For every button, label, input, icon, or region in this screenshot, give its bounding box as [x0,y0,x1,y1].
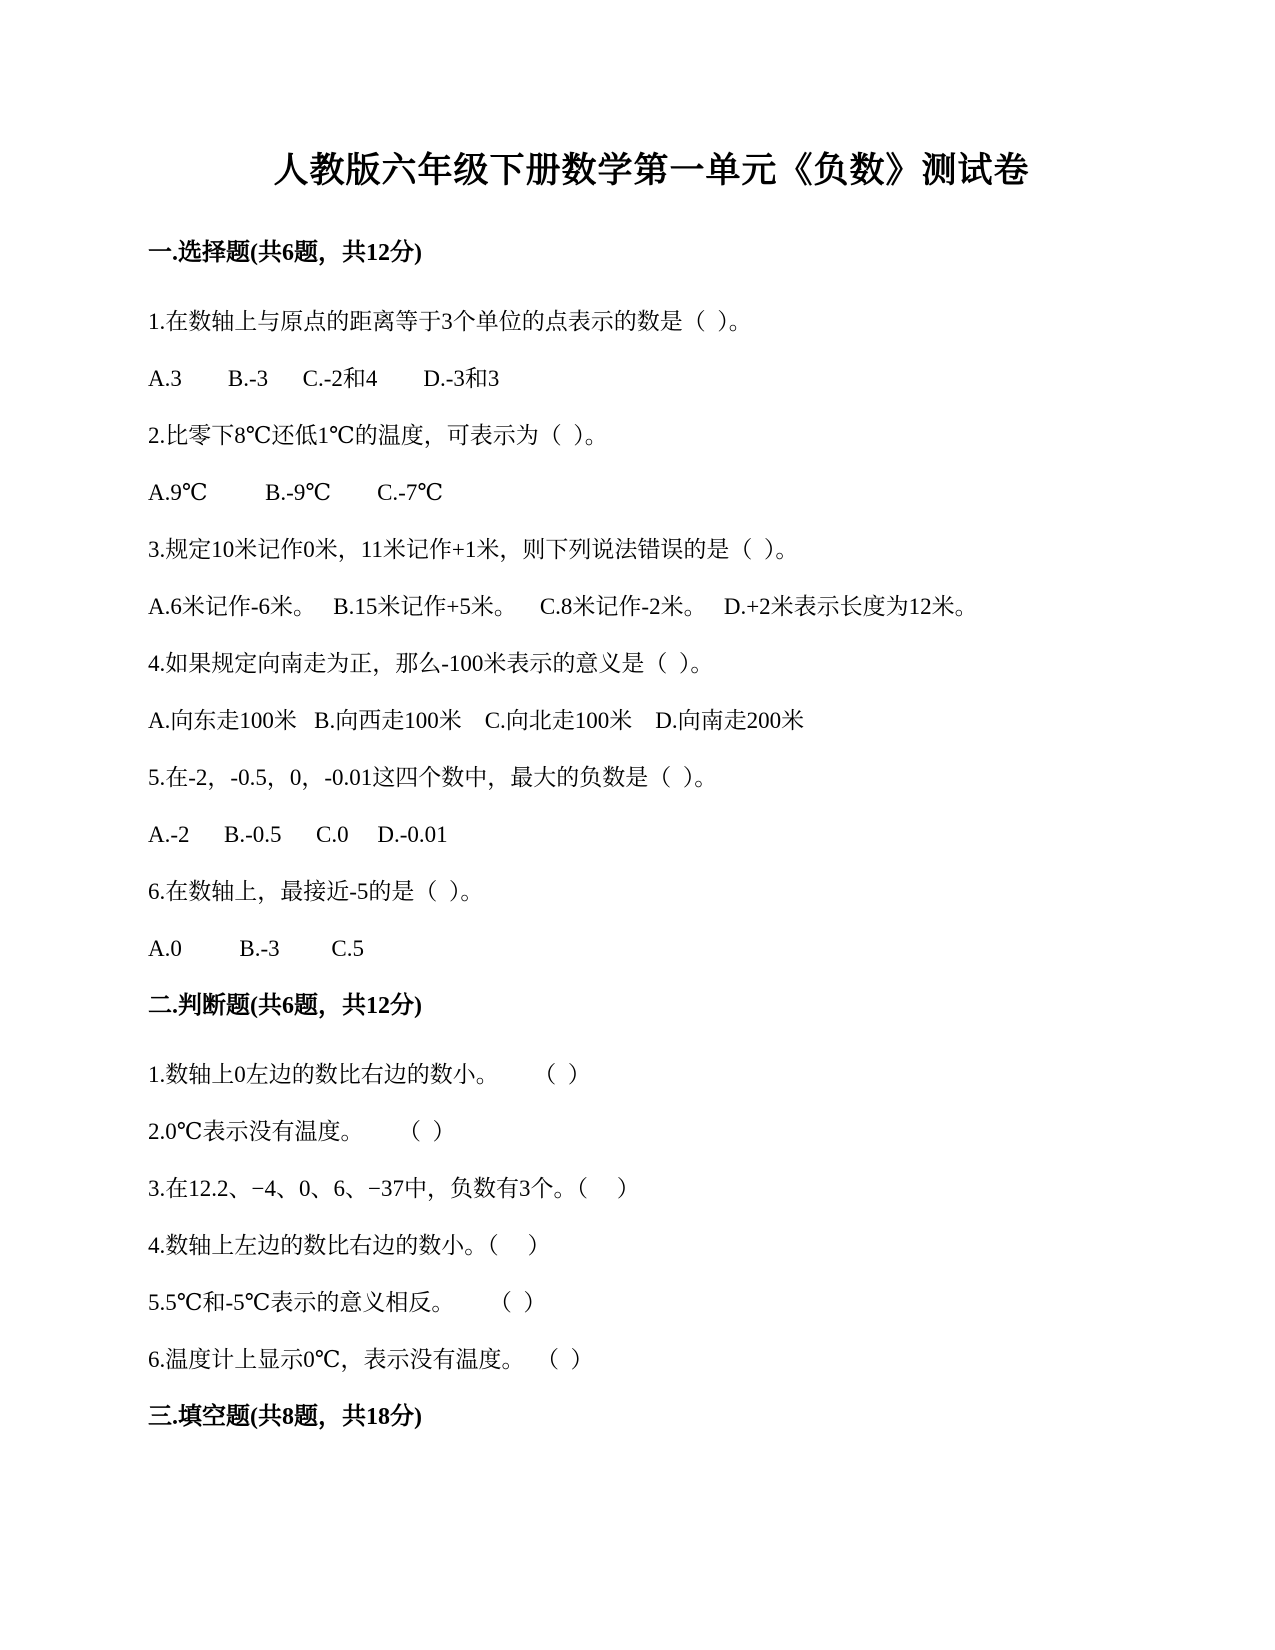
judge-item-4: 4.数轴上左边的数比右边的数小。（ ） [148,1231,1155,1260]
choice-question-2-options: A.9℃ B.-9℃ C.-7℃ [148,478,1155,507]
choice-question-6-text: 6.在数轴上，最接近-5的是（ ）。 [148,877,1155,906]
test-paper-page: 人教版六年级下册数学第一单元《负数》测试卷 一.选择题(共6题，共12分) 1.… [0,0,1275,1650]
choice-question-6-options: A.0 B.-3 C.5 [148,934,1155,963]
page-content: 人教版六年级下册数学第一单元《负数》测试卷 一.选择题(共6题，共12分) 1.… [0,0,1275,1432]
judge-item-6: 6.温度计上显示0℃，表示没有温度。 （ ） [148,1345,1155,1374]
judge-item-2: 2.0℃表示没有温度。 （ ） [148,1117,1155,1146]
choice-question-4-text: 4.如果规定向南走为正，那么-100米表示的意义是（ ）。 [148,649,1155,678]
choice-question-3-text: 3.规定10米记作0米，11米记作+1米，则下列说法错误的是（ ）。 [148,535,1155,564]
choice-question-1-options: A.3 B.-3 C.-2和4 D.-3和3 [148,364,1155,393]
judge-item-1: 1.数轴上0左边的数比右边的数小。 （ ） [148,1060,1155,1089]
section-choice-heading: 一.选择题(共6题，共12分) [148,238,1155,268]
choice-question-2-text: 2.比零下8℃还低1℃的温度，可表示为（ ）。 [148,421,1155,450]
section-fill-heading: 三.填空题(共8题，共18分) [148,1402,1155,1432]
page-title: 人教版六年级下册数学第一单元《负数》测试卷 [148,150,1155,192]
choice-question-1-text: 1.在数轴上与原点的距离等于3个单位的点表示的数是（ ）。 [148,307,1155,336]
judge-item-5: 5.5℃和-5℃表示的意义相反。 （ ） [148,1288,1155,1317]
choice-question-4-options: A.向东走100米 B.向西走100米 C.向北走100米 D.向南走200米 [148,706,1155,735]
section-judge-heading: 二.判断题(共6题，共12分) [148,991,1155,1021]
choice-question-5-options: A.-2 B.-0.5 C.0 D.-0.01 [148,820,1155,849]
choice-question-5-text: 5.在-2，-0.5，0，-0.01这四个数中，最大的负数是（ ）。 [148,763,1155,792]
judge-item-3: 3.在12.2、−4、0、6、−37中，负数有3个。（ ） [148,1174,1155,1203]
choice-question-3-options: A.6米记作-6米。 B.15米记作+5米。 C.8米记作-2米。 D.+2米表… [148,592,1155,621]
